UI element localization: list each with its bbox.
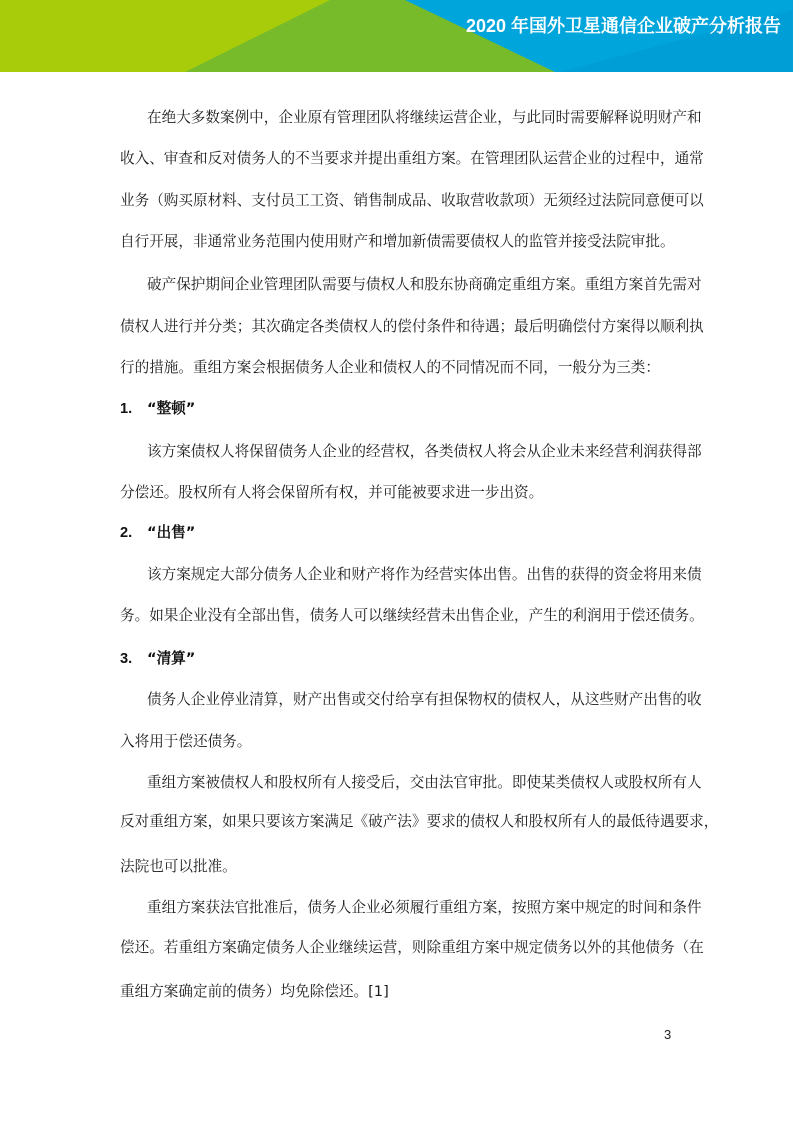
report-title: 2020 年国外卫星通信企业破产分析报告 <box>466 12 781 38</box>
text-line: 入将用于偿还债务。 <box>120 732 675 752</box>
text-line: 自行开展，非通常业务范围内使用财产和增加新债需要债权人的监管并接受法院审批。 <box>120 232 675 252</box>
section-heading-sale: 2.“出售” <box>120 523 195 543</box>
text-line: 务。如果企业没有全部出售，债务人可以继续经营未出售企业，产生的利润用于偿还债务。 <box>120 606 675 626</box>
section-title: “整顿” <box>147 400 195 417</box>
text-line: 行的措施。重组方案会根据债务人企业和债权人的不同情况而不同，一般分为三类： <box>120 358 675 378</box>
text-line: 偿还。若重组方案确定债务人企业继续运营，则除重组方案中规定债务以外的其他债务（在 <box>120 938 675 958</box>
text-line: 债务人企业停业清算，财产出售或交付给享有担保物权的债权人，从这些财产出售的收 <box>147 690 675 710</box>
section-number: 2. <box>120 523 147 543</box>
text-line: 反对重组方案，如果只要该方案满足《破产法》要求的债权人和股权所有人的最低待遇要求… <box>120 812 675 832</box>
text-line: 破产保护期间企业管理团队需要与债权人和股东协商确定重组方案。重组方案首先需对 <box>147 275 675 295</box>
text-line: 重组方案确定前的债务）均免除偿还。[1] <box>120 982 675 1002</box>
section-heading-rectification: 1.“整顿” <box>120 399 195 419</box>
page-number: 3 <box>664 1027 671 1042</box>
text-line: 收入、审查和反对债务人的不当要求并提出重组方案。在管理团队运营企业的过程中，通常 <box>120 149 675 169</box>
text-line: 债权人进行并分类；其次确定各类债权人的偿付条件和待遇；最后明确偿付方案得以顺利执 <box>120 317 675 337</box>
text-line: 分偿还。股权所有人将会保留所有权，并可能被要求进一步出资。 <box>120 483 675 503</box>
text-line: 在绝大多数案例中，企业原有管理团队将继续运营企业，与此同时需要解释说明财产和 <box>147 108 675 128</box>
text-line: 该方案债权人将保留债务人企业的经营权，各类债权人将会从企业未来经营利润获得部 <box>147 442 675 462</box>
text-line: 重组方案获法官批准后，债务人企业必须履行重组方案，按照方案中规定的时间和条件 <box>147 898 675 918</box>
section-number: 3. <box>120 649 147 669</box>
text-line: 法院也可以批准。 <box>120 857 675 877</box>
text-line: 重组方案被债权人和股权所有人接受后，交由法官审批。即使某类债权人或股权所有人 <box>147 773 675 793</box>
text-line: 业务（购买原材料、支付员工工资、销售制成品、收取营收款项）无须经过法院同意便可以 <box>120 191 675 211</box>
section-number: 1. <box>120 399 147 419</box>
section-title: “清算” <box>147 650 195 667</box>
text-line: 该方案规定大部分债务人企业和财产将作为经营实体出售。出售的获得的资金将用来债 <box>147 565 675 585</box>
section-heading-liquidation: 3.“清算” <box>120 649 195 669</box>
section-title: “出售” <box>147 524 195 541</box>
report-header-banner: 2020 年国外卫星通信企业破产分析报告 <box>0 0 793 72</box>
